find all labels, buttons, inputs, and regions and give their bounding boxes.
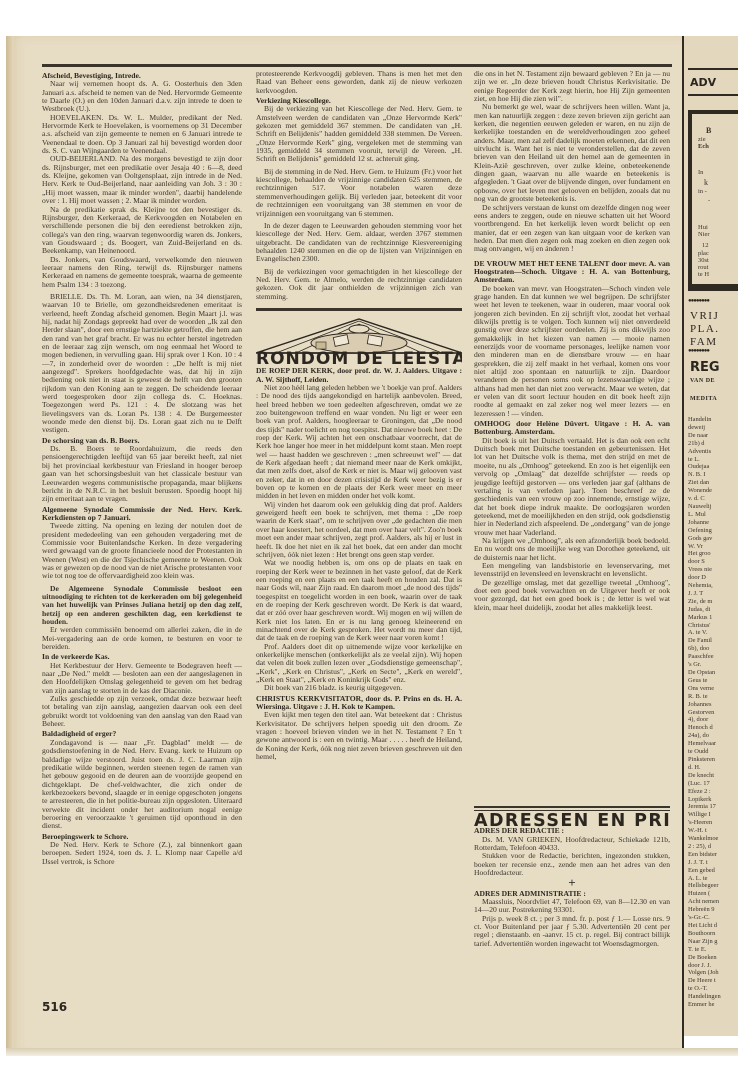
adjacent-page: ADV B zie Ech In k in - - Hui Nier 12 pl… [684,36,738,1036]
list-item: A. L. te [688,875,738,883]
list-item: Naar Zijn g [688,938,738,946]
reg-heading: REG [690,360,720,375]
paragraph: Het Kerkbestuur der Herv. Gemeente te Bo… [42,662,242,695]
list-item: L. Mul [688,511,738,519]
heading-vrouw-talent: DE VROUW MET HET EENE TALENT door mevr. … [474,260,670,285]
list-item: 6b), doo [688,645,738,653]
page-number: 516 [42,1000,67,1014]
list-item: Volgen (Joh [688,969,738,977]
list-item: v. d. C [688,495,738,503]
list-item: Nauwelij [688,503,738,511]
leestafel-title: RONDOM DE LEESTAFEL [256,355,462,363]
paragraph: Na de predikatie sprak ds. Kleijne tot d… [42,206,242,256]
paragraph: Een mengeling van landsbistorie en leven… [474,562,670,579]
rule [688,94,738,96]
list-item: Paaschfee [688,653,738,661]
list-item: Vrees nie [688,566,738,574]
list-item: Hemelvaar [688,740,738,748]
advertisement-box: B zie Ech In k in - - Hui Nier 12 plac 3… [688,110,738,288]
paragraph: De boeken van mevr. van Hoogstraten—Scho… [474,285,670,419]
rule [688,68,738,70]
paragraph: Zulks geschiedde op zijn verzoek, omdat … [42,695,242,728]
list-item: Wankelmoe [688,835,738,843]
list-item: Willige I [688,811,738,819]
administratie-address: Maassluis, Noordvliet 47, Telefoon 69, v… [474,898,670,915]
list-item: Een gebed [688,867,738,875]
ornament-dots: ●●●●●●●● [688,348,709,354]
paragraph: Dit boek van 216 bladz. is keurig uitgeg… [256,684,462,692]
list-item: Bouthoorn [688,930,738,938]
paragraph: OUD-BEIJERLAND. Na des morgens bevestigd… [42,155,242,205]
paragraph: De gezellige omslag, met dat gezellige t… [474,579,670,612]
paragraph: De schrijvers verstaan de kunst om dezel… [474,204,670,254]
paragraph: HOEVELAKEN. Ds. W. L. Mulder, predikant … [42,114,242,156]
list-item: Oefening [688,527,738,535]
list-item: Johannes [688,701,738,709]
list-item: Een bidster [688,851,738,859]
list-item: Gods gav [688,535,738,543]
column-3: die ons in het N. Testament zijn bewaard… [474,70,670,800]
adressen-block: ADRESSEN EN PRIJZEN ADRES DER REDACTIE :… [474,800,670,1050]
redactie-address: Ds. M. VAN GRIEKEN, Hoofdredacteur, Schi… [474,836,670,853]
paragraph: Wij vinden het daarom ook een gelukkig d… [256,501,462,559]
list-item: T. te E. [688,946,738,954]
top-rule [42,64,672,67]
redactie-note: Stukken voor de Redactie, berichten, ing… [474,852,670,877]
list-item: Adventis [688,448,738,456]
paragraph: Na krijgen we „Omhoog", als een afzonder… [474,537,670,562]
heading-kerkvisitator: CHRISTUS KERKVISITATOR, door ds. P. Prin… [256,695,462,712]
list-item: te O.-T. [688,985,738,993]
paragraph: Bij de verkiezingen voor gemachtigden in… [256,268,462,301]
ornament-dots: ●●●●●●●● [688,298,709,304]
column-2: protesteerende Kerkvoogdij gebleven. Tha… [256,70,462,1050]
list-item: Jeremia 17 [688,803,738,811]
list-item: N. B. I [688,471,738,479]
list-item: Henoch d [688,724,738,732]
list-item: R. B. te [688,693,738,701]
list-item: Pinksteren [688,756,738,764]
paragraph: Wat we noodig hebben is, om ons op de pl… [256,559,462,642]
list-item: door J. J. [688,962,738,970]
cross-separator-icon: + [474,879,670,887]
list-item: Ziet dan [688,479,738,487]
page-shadow [6,1048,738,1056]
list-item: 21b) d [688,440,738,448]
list-item: Het Licht d [688,922,738,930]
paragraph: Er werden commissiën benoemd om allerlei… [42,626,242,651]
paragraph: Even kijkt men tegen den titel aan. Wat … [256,711,462,761]
list-item: Hebreën 9 [688,906,738,914]
paragraph: protesteerende Kerkvoogdij gebleven. Tha… [256,70,462,95]
list-item: Markus 1 [688,614,738,622]
list-item: te L. [688,456,738,464]
paragraph: Zondagavond is — naar „Fr. Dagblad" meld… [42,739,242,831]
leestafel-banner: RONDOM DE LEESTAFEL [256,315,462,363]
list-item: De Famil [688,637,738,645]
list-item: door S [688,558,738,566]
paragraph: De Ned. Herv. Kerk te Schore (Z.), zal b… [42,841,242,866]
list-item: Ons verne [688,685,738,693]
list-item: Christus' [688,622,738,630]
heading-roep-der-kerk: DE ROEP DER KERK, door prof. dr. W. J. A… [256,367,462,384]
paragraph: Ds. B. Boers te Roordahuizum, die reeds … [42,445,242,503]
list-item: A. te V. [688,629,738,637]
adv-heading: ADV [690,76,716,89]
list-item: W.-H. t [688,827,738,835]
paragraph: die ons in het N. Testament zijn bewaard… [474,70,670,103]
list-item: J. J. T [688,590,738,598]
list-item: Acht nemen [688,898,738,906]
list-item: 24a), do [688,732,738,740]
section-rule [256,308,462,311]
paragraph: Dit boek is uit het Duitsch vertaald. He… [474,437,670,537]
list-item: Efeze 2 : [688,788,738,796]
list-item: 's Gr. [688,661,738,669]
meditation-list: HandelindeweijDe naar21b) dAdventiste L.… [688,416,738,1009]
list-item: De Heere t [688,977,738,985]
bold-paragraph-juliana: De Algemeene Synodale Commissie besloot … [42,585,242,627]
rule [688,288,738,291]
list-item: Handelin [688,416,738,424]
paragraph: Tweede zitting. Na opening en lezing der… [42,522,242,580]
list-item: Zie, de m [688,598,738,606]
paragraph: Ds. Jonkers, van Goudswaard, verwelkomde… [42,256,242,289]
list-item: Handelingen [688,993,738,1001]
paragraph: Bij de verkiezing van het Kiescollege de… [256,105,462,163]
list-item: d. H. [688,764,738,772]
list-item: Huizen ( [688,890,738,898]
list-item: De Boeken [688,954,738,962]
list-item: Geus te [688,677,738,685]
list-item: Emmer he [688,1001,738,1009]
list-item: Oudejaa [688,463,738,471]
list-item: Wonende [688,487,738,495]
list-item: Judas, di [688,606,738,614]
list-item: Nehemia, [688,582,738,590]
heading-synodale: Algemeene Synodale Commissie der Ned. He… [42,506,242,523]
administratie-prices: Prijs p. week 8 ct. ; per 3 mnd. fr. p. … [474,915,670,948]
list-item: J. J. T. t [688,859,738,867]
list-item: De naar [688,432,738,440]
paragraph: Bij de stemming in de Ned. Herv. Gem. te… [256,168,462,218]
list-item: De knecht [688,772,738,780]
list-item: De Opstan [688,669,738,677]
paragraph: Nu bemerkt ge wel, waar de schrijvers he… [474,103,670,203]
list-item: Het groo [688,550,738,558]
list-item: Johanne [688,519,738,527]
paragraph: Naar wij vernemen hoopt ds. A. G. Ooster… [42,80,242,113]
paragraph: Prof. Aalders doet dit op uitnemende wij… [256,643,462,685]
list-item: (Luc. 17 [688,780,738,788]
list-item: 2 : 25), d [688,843,738,851]
list-item: door D [688,574,738,582]
paragraph: In de dezer dagen te Leeuwarden gehouden… [256,222,462,264]
column-1: Afscheid, Bevestiging, Intrede. Naar wij… [42,70,242,1010]
list-item: 's-Heeren [688,819,738,827]
paragraph-brielle: BRIELLE. Ds. Th. M. Loran, aan wien, na … [42,293,242,435]
adressen-title: ADRESSEN EN PRIJZEN [474,817,670,825]
list-item: 's-Gr.-C. [688,914,738,922]
list-item: Gestorven [688,709,738,717]
heading-omhoog: OMHOOG door Helène Düvert. Uitgave : H. … [474,420,670,437]
page-binding-edge [6,36,14,1056]
paragraph: Niet zoo héél lang geleden hebben we 't … [256,384,462,501]
list-item: W. Vr [688,543,738,551]
list-item: deweij [688,424,738,432]
list-item: 4), door [688,716,738,724]
list-item: Hellsbegeer [688,882,738,890]
list-item: Lopikerk [688,796,738,804]
list-item: te Oudd [688,748,738,756]
